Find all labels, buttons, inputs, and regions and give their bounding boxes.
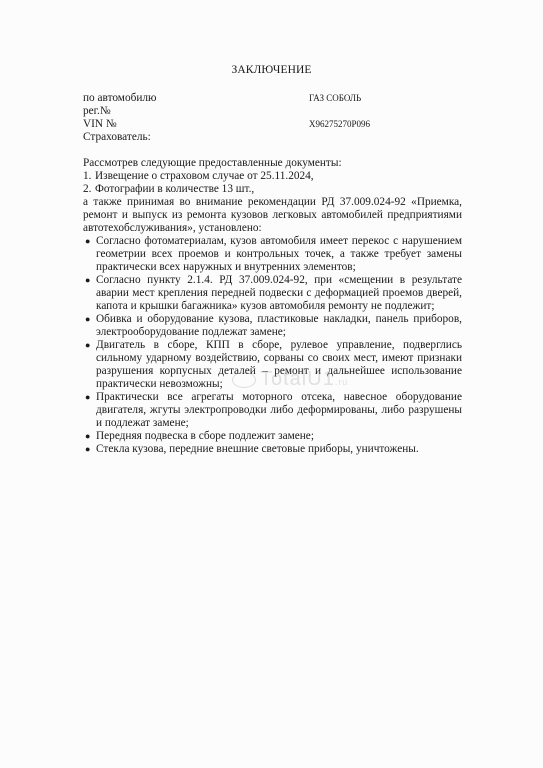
- info-label: VIN №: [83, 118, 117, 131]
- finding-text: Практически все агрегаты моторного отсек…: [96, 391, 462, 429]
- bullet-icon: ●: [85, 313, 90, 326]
- info-row-vin: VIN № X96275270P096: [83, 118, 463, 131]
- finding-item: ● Согласно пункту 2.1.4. РД 37.009.024-9…: [83, 274, 462, 313]
- info-label: Страхователь:: [83, 131, 151, 144]
- bullet-icon: ●: [85, 443, 90, 456]
- finding-text: Стекла кузова, передние внешние световые…: [96, 443, 419, 455]
- document-title: ЗАКЛЮЧЕНИЕ: [0, 64, 543, 76]
- document-item: 1. Извещение о страховом случае от 25.11…: [83, 170, 462, 183]
- info-row-vehicle: по автомобилю ГАЗ СОБОЛЬ: [83, 92, 463, 105]
- recommendation-text: а также принимая во внимание рекомендаци…: [83, 196, 462, 235]
- item-text: Извещение о страховом случае от 25.11.20…: [95, 170, 314, 182]
- intro-text: Рассмотрев следующие предоставленные док…: [83, 157, 462, 170]
- finding-text: Согласно фотоматериалам, кузов автомобил…: [96, 235, 462, 273]
- finding-item: ● Стекла кузова, передние внешние светов…: [83, 443, 462, 456]
- bullet-icon: ●: [85, 274, 90, 287]
- finding-text: Обивка и оборудование кузова, пластиковы…: [96, 313, 462, 338]
- finding-item: ● Двигатель в сборе, КПП в сборе, рулево…: [83, 339, 462, 391]
- finding-item: ● Практически все агрегаты моторного отс…: [83, 391, 462, 430]
- document-item: 2. Фотографии в количестве 13 шт.,: [83, 183, 462, 196]
- finding-item: ● Передняя подвеска в сборе подлежит зам…: [83, 430, 462, 443]
- findings-list: ● Согласно фотоматериалам, кузов автомоб…: [83, 235, 462, 456]
- finding-text: Двигатель в сборе, КПП в сборе, рулевое …: [96, 339, 462, 390]
- bullet-icon: ●: [85, 235, 90, 248]
- info-label: рег.№: [83, 105, 111, 118]
- finding-item: ● Обивка и оборудование кузова, пластико…: [83, 313, 462, 339]
- bullet-icon: ●: [85, 339, 90, 352]
- bullet-icon: ●: [85, 430, 90, 443]
- item-number: 2.: [83, 183, 91, 196]
- info-label: по автомобилю: [83, 92, 156, 105]
- document-body: Рассмотрев следующие предоставленные док…: [83, 157, 462, 456]
- finding-text: Согласно пункту 2.1.4. РД 37.009.024-92,…: [96, 274, 462, 312]
- info-value: X96275270P096: [309, 118, 370, 131]
- info-row-reg: рег.№: [83, 105, 463, 118]
- info-value: ГАЗ СОБОЛЬ: [309, 92, 361, 105]
- item-text: Фотографии в количестве 13 шт.,: [95, 183, 254, 195]
- vehicle-info: по автомобилю ГАЗ СОБОЛЬ рег.№ VIN № X96…: [83, 92, 463, 144]
- finding-text: Передняя подвеска в сборе подлежит замен…: [96, 430, 314, 442]
- document-page: ЗАКЛЮЧЕНИЕ по автомобилю ГАЗ СОБОЛЬ рег.…: [0, 0, 543, 768]
- finding-item: ● Согласно фотоматериалам, кузов автомоб…: [83, 235, 462, 274]
- bullet-icon: ●: [85, 391, 90, 404]
- info-row-insured: Страхователь:: [83, 131, 463, 144]
- item-number: 1.: [83, 170, 91, 183]
- documents-list: 1. Извещение о страховом случае от 25.11…: [83, 170, 462, 196]
